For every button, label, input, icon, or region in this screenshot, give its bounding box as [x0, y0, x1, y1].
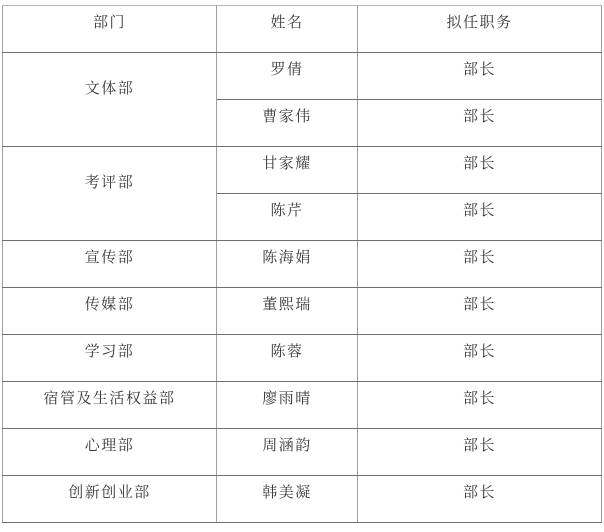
table-row: 心理部周涵韵部长: [3, 429, 602, 476]
department-cell: 考评部: [3, 147, 217, 241]
name-cell: 陈芹: [217, 194, 358, 241]
position-cell: 部长: [358, 100, 602, 147]
position-cell: 部长: [358, 335, 602, 382]
name-cell: 周涵韵: [217, 429, 358, 476]
table-row: 传媒部董熙瑞部长: [3, 288, 602, 335]
header-cell-position: 拟任职务: [358, 6, 602, 53]
department-cell: 心理部: [3, 429, 217, 476]
department-cell: 文体部: [3, 53, 217, 147]
name-cell: 陈海娟: [217, 241, 358, 288]
table-row: 宿管及生活权益部廖雨晴部长: [3, 382, 602, 429]
position-cell: 部长: [358, 241, 602, 288]
name-cell: 董熙瑞: [217, 288, 358, 335]
department-cell: 学习部: [3, 335, 217, 382]
table-header: 部门 姓名 拟任职务: [3, 6, 602, 53]
position-cell: 部长: [358, 288, 602, 335]
name-cell: 陈蓉: [217, 335, 358, 382]
position-cell: 部长: [358, 476, 602, 523]
name-cell: 罗倩: [217, 53, 358, 100]
position-cell: 部长: [358, 53, 602, 100]
name-cell: 曹家伟: [217, 100, 358, 147]
department-cell: 传媒部: [3, 288, 217, 335]
table-row: 学习部陈蓉部长: [3, 335, 602, 382]
position-cell: 部长: [358, 194, 602, 241]
department-cell: 宣传部: [3, 241, 217, 288]
position-cell: 部长: [358, 147, 602, 194]
department-cell: 宿管及生活权益部: [3, 382, 217, 429]
name-cell: 甘家耀: [217, 147, 358, 194]
department-cell: 创新创业部: [3, 476, 217, 523]
table-body: 文体部罗倩部长曹家伟部长考评部甘家耀部长陈芹部长宣传部陈海娟部长传媒部董熙瑞部长…: [3, 53, 602, 523]
position-cell: 部长: [358, 429, 602, 476]
table-row: 文体部罗倩部长: [3, 53, 602, 100]
appointment-table: 部门 姓名 拟任职务 文体部罗倩部长曹家伟部长考评部甘家耀部长陈芹部长宣传部陈海…: [2, 5, 602, 523]
header-cell-name: 姓名: [217, 6, 358, 53]
table-row: 考评部甘家耀部长: [3, 147, 602, 194]
header-row: 部门 姓名 拟任职务: [3, 6, 602, 53]
table-row: 宣传部陈海娟部长: [3, 241, 602, 288]
header-cell-department: 部门: [3, 6, 217, 53]
position-cell: 部长: [358, 382, 602, 429]
name-cell: 韩美凝: [217, 476, 358, 523]
name-cell: 廖雨晴: [217, 382, 358, 429]
table-row: 创新创业部韩美凝部长: [3, 476, 602, 523]
